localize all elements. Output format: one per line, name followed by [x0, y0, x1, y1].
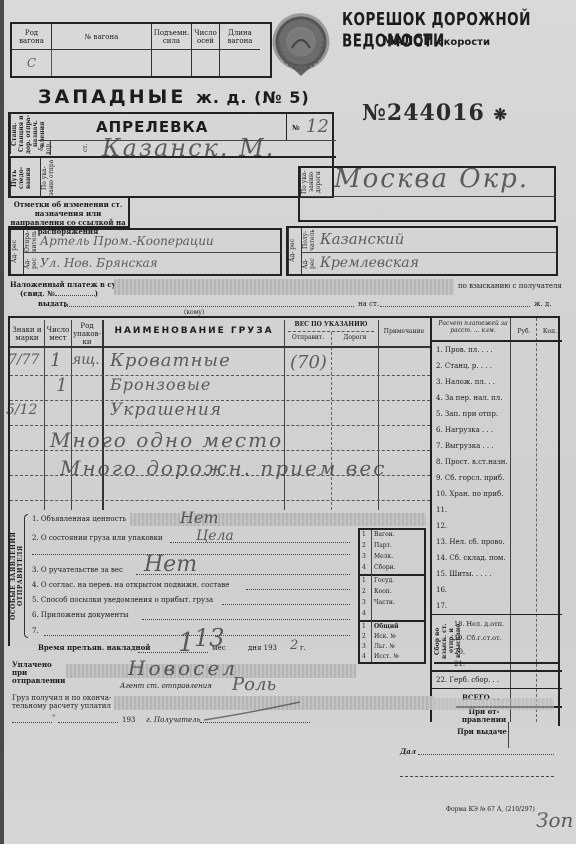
- code-label: Кооп.: [374, 588, 392, 595]
- recipient-address-label: Ад- рес: [301, 253, 313, 274]
- dor-label: & дор.: [38, 141, 50, 155]
- code-box-shipment-type: 1Вагон. 2Парт. 3Мелк. 4Сборн.: [360, 530, 424, 574]
- divider: [432, 340, 562, 342]
- statement-1-value: Нет: [180, 508, 219, 527]
- lift-capacity-value: [152, 50, 192, 76]
- cod-whom-label: (кому): [184, 309, 204, 316]
- marks-header: Знаки и марки: [10, 322, 44, 346]
- code-number: 2: [362, 633, 366, 640]
- code-label: Частн.: [374, 599, 395, 606]
- dotted-field: [418, 754, 554, 755]
- paid-value: Новосел: [128, 656, 238, 680]
- stations-label: Станц. Станция и дор. отпра- назнач. вле…: [10, 114, 38, 154]
- cod-sved-label: (свид. №: [20, 289, 55, 298]
- ussr-emblem-icon: [272, 12, 330, 78]
- divider: [432, 688, 562, 689]
- dotted-field: [64, 306, 354, 307]
- shown-route-label: По ука- заню отпра: [40, 158, 68, 198]
- recipient-signature-label: г. Получатель: [146, 716, 200, 724]
- code-number: 1: [362, 577, 366, 584]
- cod-amount-field: [114, 279, 454, 295]
- declared-value-field: [130, 513, 426, 526]
- charge-item-6: 6. Нагрузка . . .: [436, 426, 493, 434]
- row-marks: 5/12: [6, 402, 37, 418]
- row-weight-sender: (70): [290, 352, 327, 373]
- divider: [301, 252, 557, 253]
- railway-name-main: ЗАПАДНЫЕ: [38, 86, 186, 108]
- frame-line: [8, 316, 10, 646]
- charge-item-9: 9. Сб. горсл. приб.: [436, 474, 504, 482]
- wagon-length-value: [220, 50, 260, 76]
- rub-header: Руб.: [512, 328, 536, 335]
- serial-number: №244016 ❋: [362, 100, 508, 126]
- code-number: 3: [362, 599, 366, 606]
- recipient-address-value: Кремлевская: [320, 255, 419, 271]
- charge-item-17: 17.: [436, 602, 447, 610]
- code-number: 4: [362, 653, 366, 660]
- table-row: 5/12 Украшения: [10, 400, 430, 425]
- code-number: 3: [362, 643, 366, 650]
- table-row: 7/77 1 ящ. Кроватные (70): [10, 350, 430, 375]
- sender-address-value: Ул. Нов. Брянская: [40, 256, 158, 270]
- charge-item-11: 11.: [436, 506, 447, 514]
- row-marks: 7/77: [8, 352, 39, 368]
- charges-group-label: Сбор во взыск. ст. отпр. и взыскано: [434, 616, 450, 666]
- special-statements-side-label: ОСОБЫЕ ЗАЯВЛЕНИЯ ОТПРАВИТЕЛЯ: [10, 514, 20, 638]
- route-block: Станц. Станция и дор. отпра- назнач. вле…: [8, 112, 334, 198]
- packing-header: Род упаков- ки: [72, 322, 102, 346]
- date-quote: ": [52, 714, 55, 722]
- row-line: [10, 425, 430, 426]
- railway-name: ЗАПАДНЫЕ ж. д. (№ 5): [38, 86, 310, 108]
- charge-item-5: 5. Зап. при отпр.: [436, 410, 498, 418]
- charge-item-1: 1. Пров. пл. . . .: [436, 346, 493, 354]
- code-label: Льг. №: [374, 643, 395, 650]
- code-boxes: 1Вагон. 2Парт. 3Мелк. 4Сборн. 1Госуд. 2К…: [358, 528, 426, 664]
- row-count: 1: [56, 375, 67, 396]
- code-number: 4: [362, 564, 366, 571]
- divider: [434, 662, 558, 664]
- wagon-number-value: [52, 50, 152, 76]
- wagon-number-header: № вагона: [52, 24, 152, 50]
- final-payment-field-ext: [434, 698, 554, 710]
- frame-line: [558, 316, 560, 726]
- dotted-field: [142, 619, 350, 620]
- code-box-tariff: 1Общий 2Иск. № 3Льг. № 4Исст. №: [360, 622, 424, 666]
- year-suffix: г.: [300, 644, 306, 652]
- charge-item-2: 2. Станц. р. . . .: [436, 362, 492, 370]
- recipient-address-side-label: Ад- рес: [288, 228, 300, 274]
- charge-item-12: 12.: [436, 522, 447, 530]
- railway-name-ext: ж. д. (№ 5): [196, 88, 310, 107]
- row-count: 1: [50, 350, 61, 371]
- recipient-value: Казанский: [320, 230, 404, 248]
- year-value: 2: [290, 638, 298, 653]
- received-label: Груз получил и по оконча- тельному расче…: [12, 694, 112, 710]
- charge-item-3: 3. Налож. пл. . .: [436, 378, 495, 386]
- dotted-field: [12, 722, 52, 723]
- wagon-type-header: Род вагона: [12, 24, 52, 50]
- divider: [432, 614, 562, 615]
- at-delivery-label: При выдаче: [456, 728, 508, 736]
- code-number: 1: [362, 531, 366, 538]
- row-packing: ящ.: [72, 352, 100, 368]
- divider: [432, 670, 562, 672]
- by-road-value: Москва Окр.: [334, 164, 529, 194]
- recipient-block: Ад- рес Полу- чатель Ад- рес Казанский К…: [286, 226, 558, 276]
- sender-label: Отпра- витель: [23, 230, 35, 252]
- waybill-stub-document: Род вагона № вагона Подъемн. сила Число …: [4, 0, 576, 844]
- form-subtitle-rest: скорости: [438, 37, 490, 48]
- charge-item-18: 18. Нел. д.отп.: [454, 620, 504, 628]
- agent-signature: Роль: [232, 674, 276, 695]
- code-number: 2: [362, 542, 366, 549]
- charge-item-4: 4. За пер. нал. пл.: [436, 394, 502, 402]
- code-label: Иск. №: [374, 633, 396, 640]
- dotted-field: [400, 776, 554, 777]
- row-line: [10, 500, 430, 501]
- charge-item-10: 10. Хран. по приб.: [436, 490, 503, 498]
- dotted-field: [222, 604, 350, 605]
- charge-item-20: 20.: [454, 648, 465, 656]
- handwritten-note-2: Много дорожн. прием вес: [60, 456, 386, 480]
- code-number: 4: [362, 610, 366, 617]
- sender-value: Артель Пром.-Кооперации: [40, 234, 214, 248]
- serial-mark-icon: ❋: [493, 105, 507, 124]
- sender-block: Ад- рес Отпра- витель Ад- рес Артель Про…: [8, 228, 282, 276]
- signature-year-label: 193: [122, 716, 135, 724]
- cod-sved: (свид. №): [20, 290, 98, 298]
- wagon-length-header: Длина вагона: [220, 24, 260, 50]
- code-box-ownership: 1Госуд. 2Кооп. 3Частн. 4: [360, 576, 424, 620]
- brace: [24, 514, 28, 638]
- spacer: [358, 664, 432, 678]
- dal-label: Дал: [400, 748, 416, 756]
- weight-sender-header: Отправит.: [285, 334, 331, 341]
- time-label: Время прелъяв. накладной: [38, 644, 150, 652]
- row-name: Кроватные: [110, 350, 231, 371]
- form-code: Форма КЭ № 67 А, (210/297): [446, 806, 535, 813]
- statement-3-label: 3. О ручательстве за вес: [32, 566, 123, 574]
- cargo-name-header: НАИМЕНОВАНИЕ ГРУЗА: [104, 326, 284, 336]
- charge-item-8: 8. Прост. в.ст.назн.: [436, 458, 508, 466]
- recipient-label: Полу- чатель: [301, 228, 313, 252]
- corner-note: Зоп: [536, 808, 573, 832]
- lift-capacity-header: Подъемн. сила: [152, 24, 192, 50]
- code-number: 3: [362, 553, 366, 560]
- code-label: Вагон.: [374, 531, 395, 538]
- cargo-table: Знаки и марки Число мест Род упаков- ки …: [10, 320, 430, 510]
- statement-4-label: 4. О соглас. на перев. на открытом подви…: [32, 581, 229, 589]
- agent-label: Агент ст. отправления: [120, 682, 212, 690]
- charge-item-15: 15. Шиты. . . . .: [436, 570, 491, 578]
- divider: [508, 722, 509, 748]
- form-subtitle-bold: МАЛОЙ: [382, 34, 433, 48]
- cod-sved-close: ): [95, 289, 98, 298]
- cod-road-label: ж. д.: [534, 300, 551, 308]
- axles-value: [192, 50, 220, 76]
- handwritten-note-1: Много одно место: [50, 428, 283, 452]
- by-road-label: По ука- занию дороги: [300, 168, 322, 196]
- table-row: 1 Бронзовые: [10, 375, 430, 400]
- wagon-type-value: С: [12, 50, 52, 76]
- divider: [10, 346, 430, 348]
- paid-label: Уплачено при отправлении: [12, 661, 68, 685]
- row-name: Украшения: [110, 400, 222, 420]
- code-label: Сборн.: [374, 564, 396, 571]
- row-name: Бронзовые: [110, 375, 211, 394]
- charge-item-14: 14. Сб. склад. пом.: [436, 554, 506, 562]
- at-departure-label: При от- правлении: [458, 708, 510, 724]
- count-header: Число мест: [45, 322, 71, 346]
- changes-note-label: Отметки об изменении ст. назначения или …: [8, 198, 130, 228]
- number-label: №: [292, 124, 300, 132]
- code-label: Общий: [374, 623, 399, 630]
- dotted-field: [246, 589, 350, 590]
- charge-item-19: 19. Сб.г.ст.от.: [454, 634, 502, 642]
- form-subtitle: МАЛОЙ скорости: [382, 34, 490, 48]
- charge-item-16: 16.: [436, 586, 447, 594]
- charge-item-7: 7. Выгрузка . . .: [436, 442, 494, 450]
- sender-address-side-label: Ад- рес: [10, 230, 22, 274]
- divider: [300, 196, 556, 197]
- code-number: 2: [362, 588, 366, 595]
- weight-group-header: ВЕС ПО УКАЗАНИЮ: [285, 321, 377, 328]
- dotted-field: [55, 295, 95, 296]
- serial-number-value: №244016: [362, 100, 485, 126]
- divider: [371, 530, 372, 662]
- statement-2-label: 2. О состоянии груза или упаковки: [32, 534, 163, 542]
- code-number: 1: [362, 623, 366, 630]
- axles-header: Число осей: [192, 24, 220, 50]
- divider: [50, 141, 51, 155]
- wagon-table: Род вагона № вагона Подъемн. сила Число …: [10, 22, 272, 78]
- dotted-field: [380, 306, 530, 307]
- dotted-field: [58, 722, 118, 723]
- charges-header: Расчет платежей за расст. ... клм.: [436, 320, 510, 334]
- statement-1-label: 1. Объявленная ценность: [32, 515, 126, 523]
- charge-item-13: 13. Нел. сб. прово.: [436, 538, 505, 546]
- statement-3-value: Нет: [144, 552, 197, 577]
- dotted-field: [138, 652, 208, 653]
- statement-6-label: 6. Приложены документы: [32, 611, 129, 619]
- sender-address-label: Ад- рес: [23, 253, 35, 274]
- cod-right-note: по взысканию с получателя: [458, 282, 562, 290]
- month-label: мес: [212, 644, 226, 652]
- statement-7-label: 7.: [32, 627, 39, 635]
- divider: [286, 114, 287, 140]
- number-value: 12: [306, 116, 329, 137]
- path-label: Путь следо- вания: [10, 158, 38, 198]
- divider: [23, 252, 281, 253]
- code-label: Госуд.: [374, 577, 394, 584]
- st-label: ст.: [82, 141, 92, 155]
- cod-station-label: на ст.: [358, 300, 379, 308]
- time-value: 1: [178, 628, 195, 658]
- charge-item-22: 22. Герб. сбор. . .: [436, 676, 499, 684]
- signature-stroke-icon: [204, 694, 304, 724]
- by-road-block: По ука- занию дороги Москва Окр.: [298, 166, 556, 222]
- statement-5-label: 5. Способ посылки уведомления о прибыт. …: [32, 596, 213, 604]
- code-label: Исст. №: [374, 653, 399, 660]
- note-header: Примечание: [379, 328, 429, 335]
- code-label: Парт.: [374, 542, 392, 549]
- day-year-label: дня 193: [248, 644, 277, 652]
- statement-2-value: Цела: [196, 528, 234, 544]
- code-label: Мелк.: [374, 553, 393, 560]
- weight-road-header: Дороги: [332, 334, 378, 341]
